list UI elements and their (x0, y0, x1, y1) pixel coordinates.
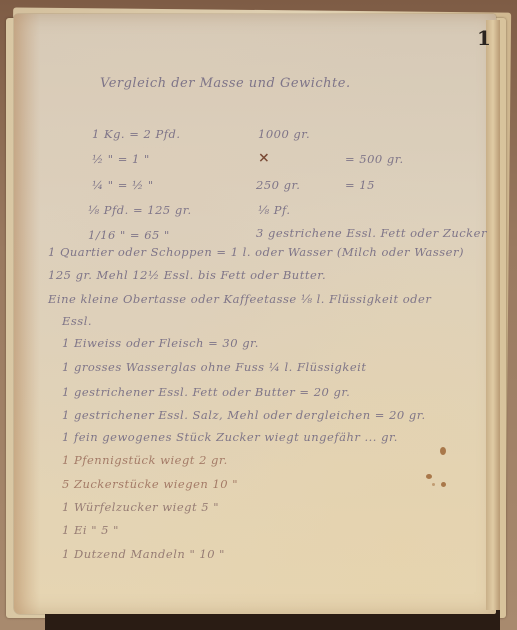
table-cell-middle: ⅛ Pf. (258, 203, 291, 217)
text-line: 125 gr. Mehl 12½ Essl. bis Fett oder But… (48, 268, 326, 282)
stain (440, 447, 446, 455)
table-cell-middle: 3 gestrichene Essl. Fett oder Zucker (256, 226, 487, 240)
stain (432, 483, 435, 486)
stain (426, 474, 432, 479)
text-line: 1 Dutzend Mandeln " 10 " (62, 547, 225, 561)
table-cell-right: = 15 (345, 178, 375, 192)
page-number: 1 (477, 26, 491, 50)
text-line: 1 Ei " 5 " (62, 523, 119, 537)
page-left-edge (14, 14, 40, 614)
table-cell-left: 1 Kg. = 2 Pfd. (92, 127, 181, 141)
cross-mark: × (258, 150, 270, 166)
text-line: Essl. (62, 314, 92, 328)
text-line: Eine kleine Obertasse oder Kaffeetasse ⅛… (48, 292, 431, 306)
table-cell-right: = 500 gr. (345, 152, 404, 166)
table-cell-left: ⅛ Pfd. = 125 gr. (88, 203, 192, 217)
text-line: 1 fein gewogenes Stück Zucker wiegt unge… (62, 430, 398, 444)
text-line: 1 Quartier oder Schoppen = 1 l. oder Was… (48, 245, 464, 259)
table-cell-middle: 250 gr. (256, 178, 300, 192)
text-line: 1 gestrichener Essl. Fett oder Butter = … (62, 385, 350, 399)
text-line: 5 Zuckerstücke wiegen 10 " (62, 477, 238, 491)
stain (441, 482, 446, 487)
table-cell-left: 1/16 " = 65 " (88, 228, 170, 242)
table-cell-left: ½ " = 1 " (92, 152, 150, 166)
text-line: 1 grosses Wasserglas ohne Fuss ¼ l. Flüs… (62, 360, 366, 374)
text-line: 1 Würfelzucker wiegt 5 " (62, 500, 219, 514)
page-heading: Vergleich der Masse und Gewichte. (100, 76, 351, 91)
page-stack-edge (486, 20, 500, 610)
table-cell-left: ¼ " = ½ " (92, 178, 154, 192)
text-line: 1 gestrichener Essl. Salz, Mehl oder der… (62, 408, 426, 422)
text-line: 1 Pfennigstück wiegt 2 gr. (62, 453, 228, 467)
table-cell-middle: 1000 gr. (258, 127, 310, 141)
text-line: 1 Eiweiss oder Fleisch = 30 gr. (62, 336, 259, 350)
